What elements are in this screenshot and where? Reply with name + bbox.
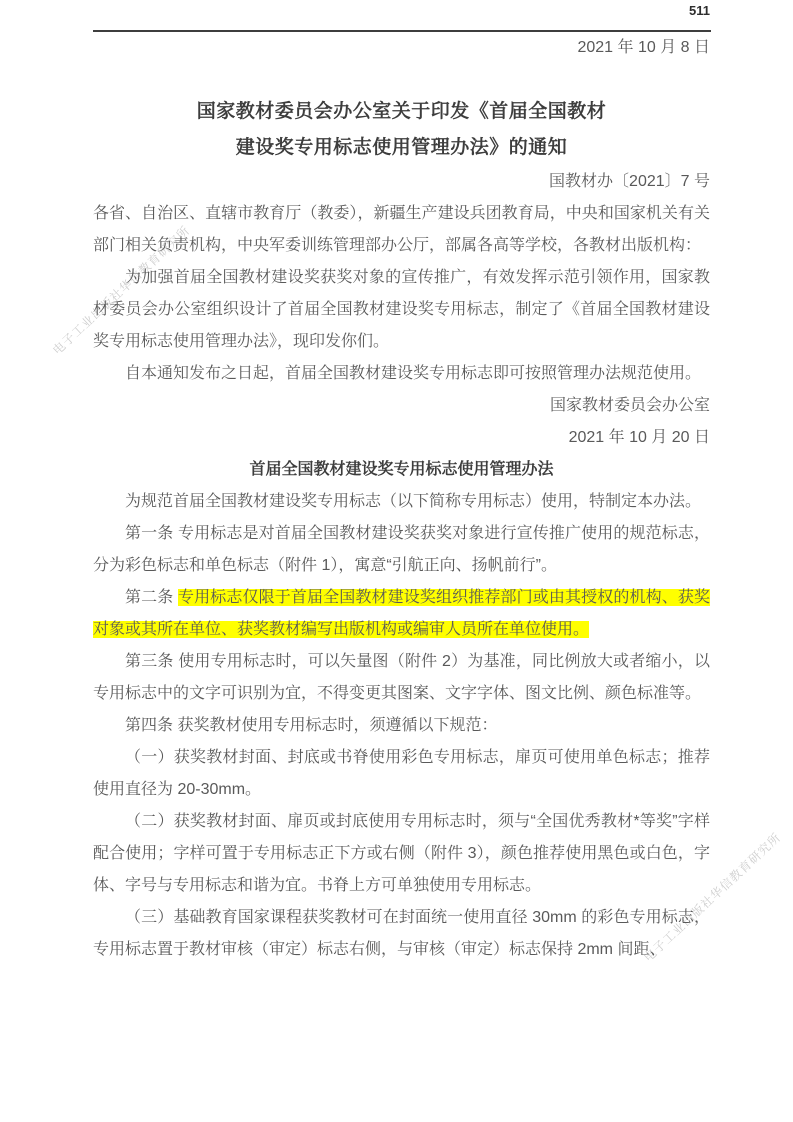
signature-organization: 国家教材委员会办公室 [93, 390, 710, 422]
signature-date: 2021 年 10 月 20 日 [93, 422, 710, 454]
article-2: 第二条 专用标志仅限于首届全国教材建设奖组织推荐部门或由其授权的机构、获奖对象或… [93, 582, 710, 646]
notice-paragraph: 自本通知发布之日起，首届全国教材建设奖专用标志即可按照管理办法规范使用。 [93, 358, 710, 390]
document-page: 电子工业出版社华信教育研究所 电子工业出版社华信教育研究所 511 2021 年… [0, 0, 793, 1122]
article-2-label: 第二条 [125, 589, 178, 606]
notice-paragraph: 为加强首届全国教材建设奖获奖对象的宣传推广，有效发挥示范引领作用，国家教材委员会… [93, 262, 710, 358]
article-4-item-3: （三）基础教育国家课程获奖教材可在封面统一使用直径 30mm 的彩色专用标志，专… [93, 902, 710, 966]
page-number: 511 [689, 3, 710, 19]
article-4-item-1: （一）获奖教材封面、封底或书脊使用彩色专用标志，扉页可使用单色标志；推荐使用直径… [93, 742, 710, 806]
salutation: 各省、自治区、直辖市教育厅（教委），新疆生产建设兵团教育局，中央和国家机关有关部… [93, 198, 710, 262]
article-4: 第四条 获奖教材使用专用标志时，须遵循以下规范： [93, 710, 710, 742]
article-3: 第三条 使用专用标志时，可以矢量图（附件 2）为基准，同比例放大或者缩小，以专用… [93, 646, 710, 710]
measures-title: 首届全国教材建设奖专用标志使用管理办法 [93, 454, 710, 486]
notice-title: 国家教材委员会办公室关于印发《首届全国教材 建设奖专用标志使用管理办法》的通知 [93, 94, 710, 166]
document-body: 2021 年 10 月 8 日 国家教材委员会办公室关于印发《首届全国教材 建设… [93, 32, 710, 966]
notice-title-line-2: 建设奖专用标志使用管理办法》的通知 [93, 130, 710, 166]
notice-issue-date: 2021 年 10 月 8 日 [93, 32, 710, 64]
document-number: 国教材办〔2021〕7 号 [93, 166, 710, 198]
measures-intro: 为规范首届全国教材建设奖专用标志（以下简称专用标志）使用，特制定本办法。 [93, 486, 710, 518]
article-4-item-2: （二）获奖教材封面、扉页或封底使用专用标志时，须与“全国优秀教材*等奖”字样配合… [93, 806, 710, 902]
article-2-highlighted-text: 专用标志仅限于首届全国教材建设奖组织推荐部门或由其授权的机构、获奖对象或其所在单… [93, 589, 710, 638]
article-1: 第一条 专用标志是对首届全国教材建设奖获奖对象进行宣传推广使用的规范标志，分为彩… [93, 518, 710, 582]
notice-title-line-1: 国家教材委员会办公室关于印发《首届全国教材 [93, 94, 710, 130]
